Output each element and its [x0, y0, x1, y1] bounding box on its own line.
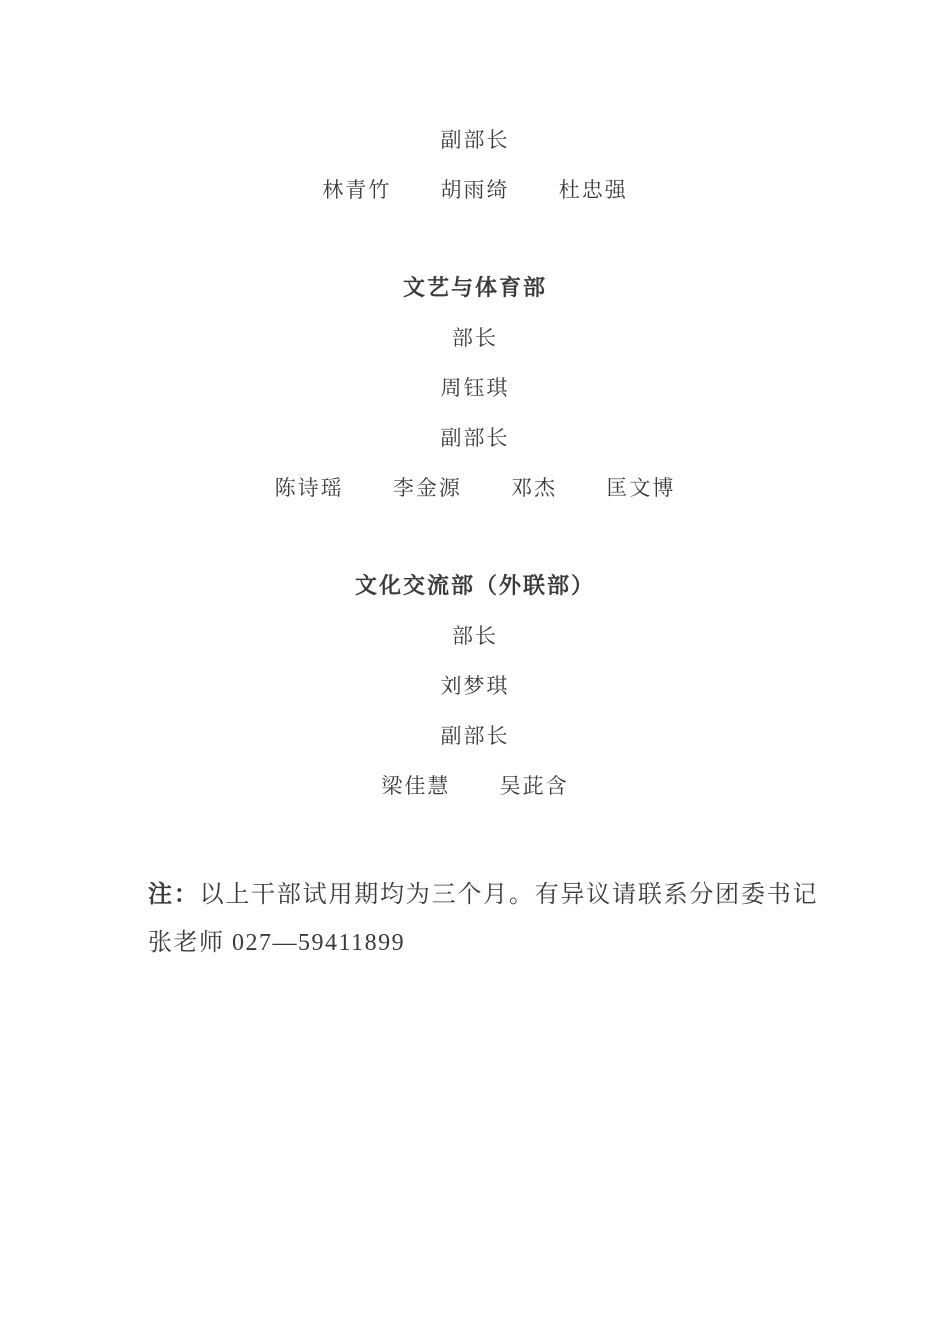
section-heading-cultural-exchange: 文化交流部（外联部） [0, 561, 950, 611]
deputy-name: 李金源 [393, 463, 462, 513]
deputy-names-row: 梁佳慧 吴茈含 [0, 761, 950, 811]
chief-name: 周钰琪 [0, 363, 950, 413]
deputy-name: 邓杰 [511, 463, 557, 513]
chief-label: 部长 [0, 313, 950, 363]
section-heading-arts-sports: 文艺与体育部 [0, 263, 950, 313]
note-paragraph: 注：以上干部试用期均为三个月。有异议请联系分团委书记张老师 027—594118… [148, 871, 818, 967]
deputy-name: 杜忠强 [559, 165, 628, 215]
deputy-name: 陈诗瑶 [275, 463, 344, 513]
deputy-label: 副部长 [0, 413, 950, 463]
deputy-label: 副部长 [0, 711, 950, 761]
deputy-name: 梁佳慧 [381, 761, 450, 811]
document-page: 副部长 林青竹 胡雨绮 杜忠强 文艺与体育部 部长 周钰琪 副部长 陈诗瑶 李金… [0, 0, 950, 1343]
deputy-name: 林青竹 [322, 165, 391, 215]
document-content: 副部长 林青竹 胡雨绮 杜忠强 文艺与体育部 部长 周钰琪 副部长 陈诗瑶 李金… [0, 0, 950, 811]
deputy-name: 胡雨绮 [441, 165, 510, 215]
note-text: 以上干部试用期均为三个月。有异议请联系分团委书记张老师 027—59411899 [148, 882, 818, 956]
deputy-names-row: 陈诗瑶 李金源 邓杰 匡文博 [0, 463, 950, 513]
deputy-name: 匡文博 [606, 463, 675, 513]
note-prefix: 注： [148, 882, 200, 908]
chief-name: 刘梦琪 [0, 661, 950, 711]
chief-label: 部长 [0, 611, 950, 661]
deputy-name: 吴茈含 [500, 761, 569, 811]
deputy-names-row: 林青竹 胡雨绮 杜忠强 [0, 165, 950, 215]
deputy-label: 副部长 [0, 115, 950, 165]
